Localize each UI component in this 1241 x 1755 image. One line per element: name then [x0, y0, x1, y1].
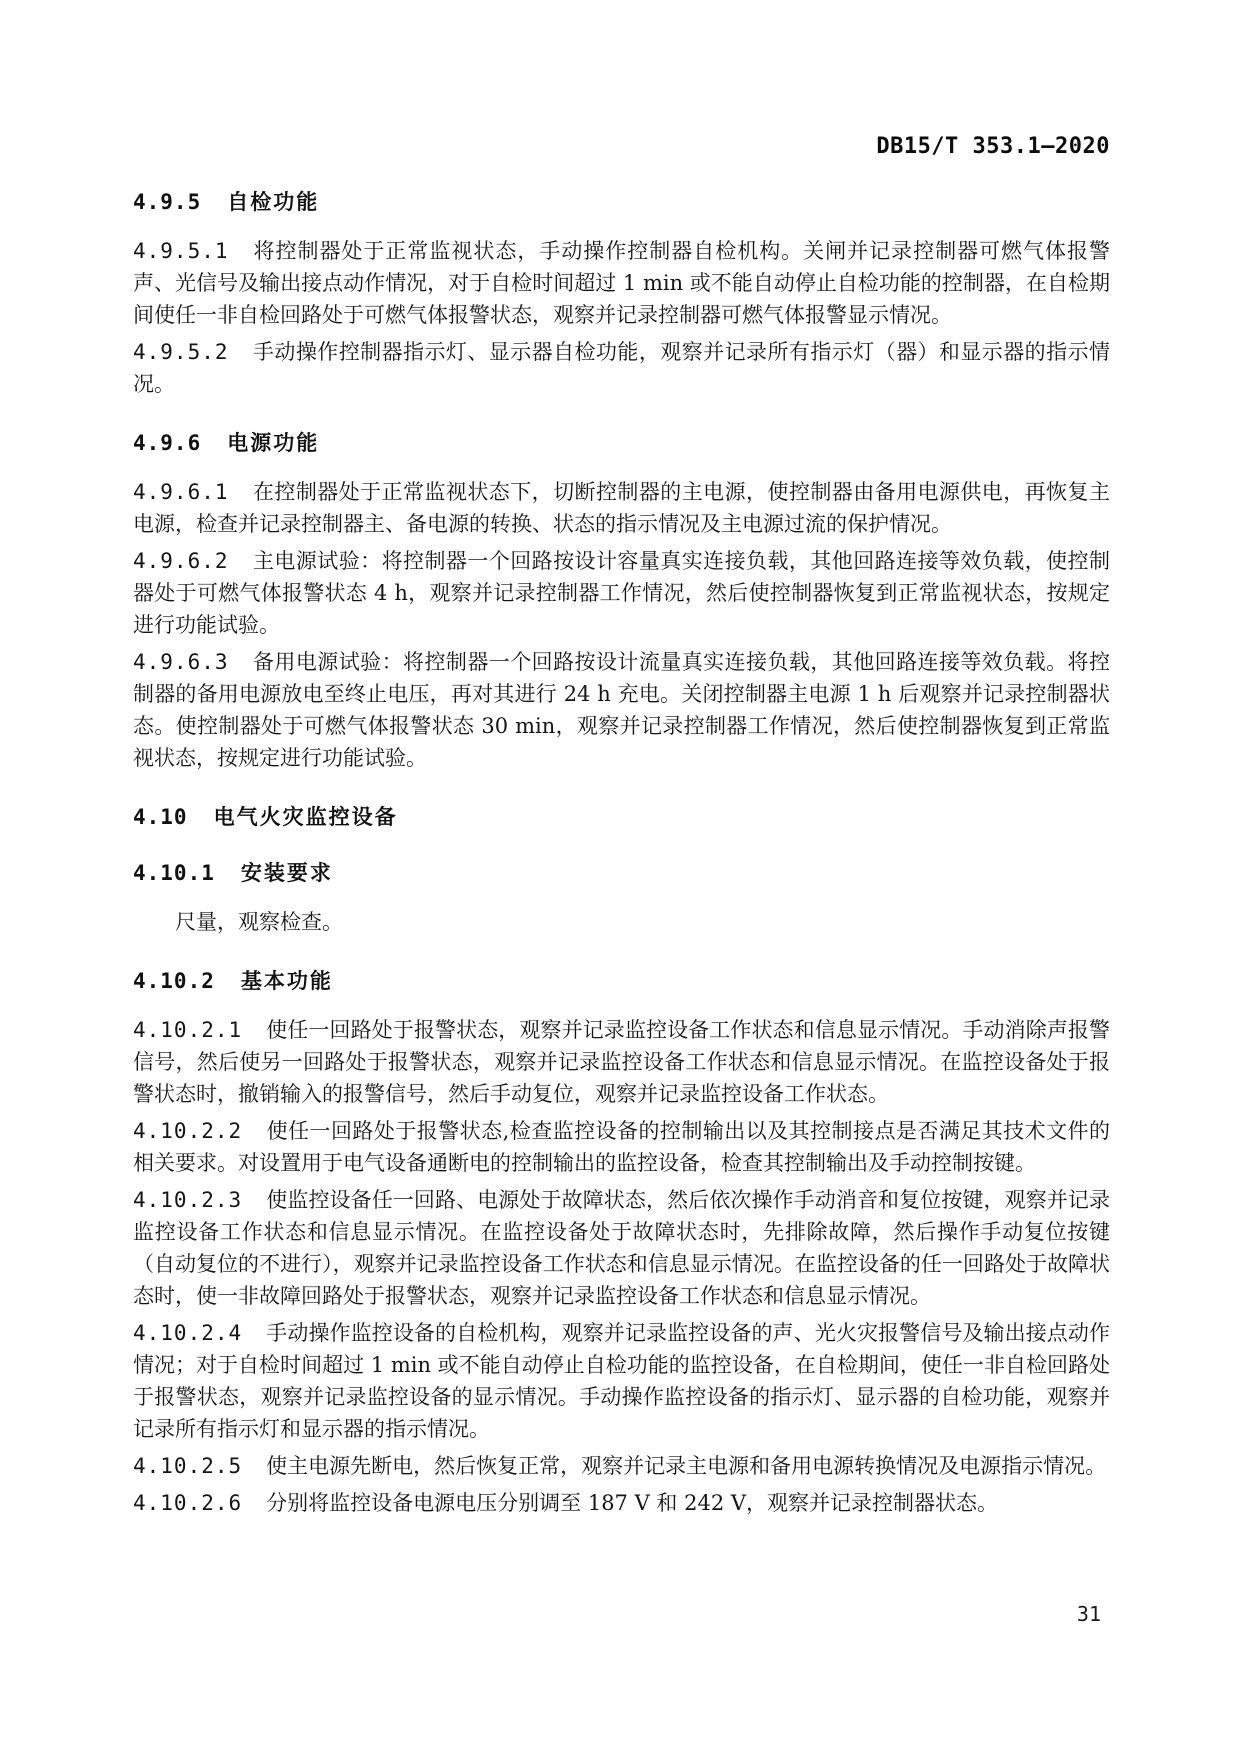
clause-text: 手动操作监控设备的自检机构，观察并记录监控设备的声、光火灾报警信号及输出接点动作… — [133, 1321, 1110, 1441]
section-title: 安装要求 — [241, 861, 333, 885]
clause-number: 4.9.6.2 — [133, 549, 229, 573]
clause-text: 使任一回路处于报警状态,检查监控设备的控制输出以及其控制接点是否满足其技术文件的… — [133, 1119, 1110, 1175]
clause-text: 使主电源先断电，然后恢复正常，观察并记录主电源和备用电源转换情况及电源指示情况。 — [266, 1454, 1106, 1478]
clause-4-10-2-6: 4.10.2.6分别将监控设备电源电压分别调至 187 V 和 242 V，观察… — [133, 1487, 1110, 1519]
clause-text: 使任一回路处于报警状态，观察并记录监控设备工作状态和信息显示情况。手动消除声报警… — [133, 1018, 1110, 1106]
clause-number: 4.10.2.6 — [133, 1491, 242, 1515]
section-title: 电气火灾监控设备 — [214, 805, 398, 829]
clause-4-9-6-3: 4.9.6.3备用电源试验：将控制器一个回路按设计流量真实连接负载，其他回路连接… — [133, 646, 1110, 774]
clause-number: 4.9.5.1 — [133, 239, 229, 263]
document-page: DB15/T 353.1—2020 4.9.5自检功能 4.9.5.1将控制器处… — [0, 0, 1241, 1755]
clause-number: 4.10.2.1 — [133, 1018, 242, 1042]
clause-4-10-2-3: 4.10.2.3使监控设备任一回路、电源处于故障状态，然后依次操作手动消音和复位… — [133, 1184, 1110, 1312]
section-heading-4-10: 4.10电气火灾监控设备 — [133, 804, 1110, 830]
clause-text: 使监控设备任一回路、电源处于故障状态，然后依次操作手动消音和复位按键，观察并记录… — [133, 1188, 1110, 1308]
clause-4-10-2-1: 4.10.2.1使任一回路处于报警状态，观察并记录监控设备工作状态和信息显示情况… — [133, 1014, 1110, 1110]
body-text-inspection: 尺量，观察检查。 — [133, 906, 1110, 938]
section-heading-4-9-6: 4.9.6电源功能 — [133, 430, 1110, 456]
clause-text: 主电源试验：将控制器一个回路按设计容量真实连接负载，其他回路连接等效负载，使控制… — [133, 549, 1110, 637]
section-number: 4.9.5 — [133, 190, 201, 214]
clause-text: 分别将监控设备电源电压分别调至 187 V 和 242 V，观察并记录控制器状态… — [266, 1491, 998, 1515]
clause-number: 4.10.2.4 — [133, 1321, 242, 1345]
clause-4-10-2-5: 4.10.2.5使主电源先断电，然后恢复正常，观察并记录主电源和备用电源转换情况… — [133, 1450, 1110, 1482]
section-number: 4.10.1 — [133, 861, 215, 885]
clause-number: 4.10.2.5 — [133, 1454, 242, 1478]
section-heading-4-10-1: 4.10.1安装要求 — [133, 860, 1110, 886]
clause-4-10-2-2: 4.10.2.2使任一回路处于报警状态,检查监控设备的控制输出以及其控制接点是否… — [133, 1115, 1110, 1179]
clause-4-10-2-4: 4.10.2.4手动操作监控设备的自检机构，观察并记录监控设备的声、光火灾报警信… — [133, 1317, 1110, 1445]
document-body: 4.9.5自检功能 4.9.5.1将控制器处于正常监视状态，手动操作控制器自检机… — [133, 189, 1110, 1519]
clause-number: 4.9.6.1 — [133, 480, 229, 504]
clause-text: 手动操作控制器指示灯、显示器自检功能，观察并记录所有指示灯（器）和显示器的指示情… — [133, 340, 1110, 396]
page-number: 31 — [1077, 1602, 1101, 1626]
clause-4-9-5-2: 4.9.5.2手动操作控制器指示灯、显示器自检功能，观察并记录所有指示灯（器）和… — [133, 336, 1110, 400]
clause-number: 4.9.6.3 — [133, 650, 229, 674]
section-heading-4-10-2: 4.10.2基本功能 — [133, 968, 1110, 994]
section-number: 4.9.6 — [133, 431, 201, 455]
clause-4-9-6-1: 4.9.6.1在控制器处于正常监视状态下，切断控制器的主电源，使控制器由备用电源… — [133, 476, 1110, 540]
section-title: 自检功能 — [227, 190, 319, 214]
clause-number: 4.10.2.2 — [133, 1119, 242, 1143]
clause-text: 备用电源试验：将控制器一个回路按设计流量真实连接负载，其他回路连接等效负载。将控… — [133, 650, 1110, 770]
clause-number: 4.10.2.3 — [133, 1188, 242, 1212]
page-footer: 31 — [1077, 1602, 1101, 1626]
section-title: 电源功能 — [227, 431, 319, 455]
section-number: 4.10 — [133, 805, 188, 829]
clause-4-9-5-1: 4.9.5.1将控制器处于正常监视状态，手动操作控制器自检机构。关闸并记录控制器… — [133, 235, 1110, 331]
clause-text: 在控制器处于正常监视状态下，切断控制器的主电源，使控制器由备用电源供电，再恢复主… — [133, 480, 1110, 536]
section-heading-4-9-5: 4.9.5自检功能 — [133, 189, 1110, 215]
document-header: DB15/T 353.1—2020 — [133, 134, 1110, 159]
clause-4-9-6-2: 4.9.6.2主电源试验：将控制器一个回路按设计容量真实连接负载，其他回路连接等… — [133, 545, 1110, 641]
section-number: 4.10.2 — [133, 969, 215, 993]
section-title: 基本功能 — [241, 969, 333, 993]
clause-number: 4.9.5.2 — [133, 340, 229, 364]
clause-text: 将控制器处于正常监视状态，手动操作控制器自检机构。关闸并记录控制器可燃气体报警声… — [133, 239, 1110, 327]
standard-number: DB15/T 353.1—2020 — [876, 134, 1110, 159]
